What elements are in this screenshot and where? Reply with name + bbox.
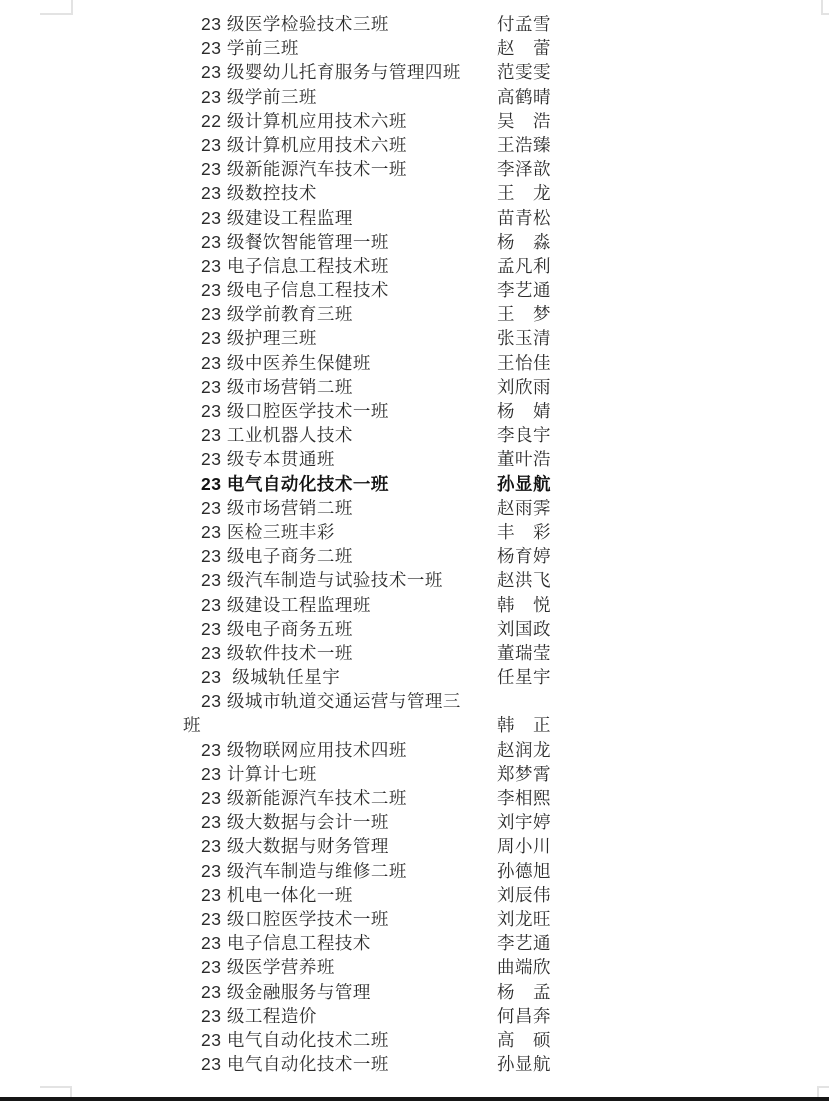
- table-row: 23 级城轨任星宇 任星宇: [183, 665, 743, 689]
- class-name-cell: 23 医检三班丰彩: [183, 520, 497, 544]
- class-name-cell: 23 级学前教育三班: [183, 302, 497, 326]
- document-page: 23 级医学检验技术三班 付孟雪 23 学前三班 赵 蕾 23 级婴幼儿托育服务…: [0, 0, 829, 1106]
- class-name-cell: 23 级物联网应用技术四班: [183, 738, 497, 762]
- class-name-cell: 23 级口腔医学技术一班: [183, 399, 497, 423]
- class-name-cell: 23 级电子商务二班: [183, 544, 497, 568]
- table-row: 班 韩 正: [183, 713, 743, 737]
- student-name-cell: 孙显航: [497, 472, 551, 496]
- table-row: 23 级大数据与财务管理 周小川: [183, 834, 743, 858]
- table-row: 23 工业机器人技术 李良宇: [183, 423, 743, 447]
- student-name-cell: 丰 彩: [497, 520, 551, 544]
- crop-mark-top-right-icon: [821, 0, 829, 15]
- class-name-cell: 23 级学前三班: [183, 85, 497, 109]
- table-row: 23 级软件技术一班 董瑞莹: [183, 641, 743, 665]
- student-name-cell: 郑梦霄: [497, 762, 551, 786]
- table-row: 23 级婴幼儿托育服务与管理四班 范雯雯: [183, 60, 743, 84]
- student-name-cell: 李泽歆: [497, 157, 551, 181]
- class-name-cell: 23 电子信息工程技术: [183, 931, 497, 955]
- table-row: 23 计算计七班 郑梦霄: [183, 762, 743, 786]
- student-name-cell: 董瑞莹: [497, 641, 551, 665]
- table-row: 23 级口腔医学技术一班 刘龙旺: [183, 907, 743, 931]
- student-name-cell: 范雯雯: [497, 60, 551, 84]
- student-name-cell: 赵雨霁: [497, 496, 551, 520]
- class-name-cell: 23 级市场营销二班: [183, 496, 497, 520]
- student-name-cell: 曲端欣: [497, 955, 551, 979]
- table-row: 23 级医学检验技术三班 付孟雪: [183, 12, 743, 36]
- student-name-cell: 刘宇婷: [497, 810, 551, 834]
- class-name-cell: 23 级大数据与财务管理: [183, 834, 497, 858]
- table-row: 23 级大数据与会计一班 刘宇婷: [183, 810, 743, 834]
- class-name-cell: 23 级新能源汽车技术二班: [183, 786, 497, 810]
- class-name-cell: 23 级口腔医学技术一班: [183, 907, 497, 931]
- table-row: 23 级汽车制造与维修二班 孙德旭: [183, 859, 743, 883]
- table-row: 23 电气自动化技术二班 高 硕: [183, 1028, 743, 1052]
- table-row: 23 级电子商务五班 刘国政: [183, 617, 743, 641]
- table-row: 23 医检三班丰彩 丰 彩: [183, 520, 743, 544]
- student-name-cell: 付孟雪: [497, 12, 551, 36]
- class-name-cell: 23 级城轨任星宇: [183, 665, 497, 689]
- class-name-cell: 23 级建设工程监理: [183, 206, 497, 230]
- student-name-cell: 周小川: [497, 834, 551, 858]
- class-name-cell: 23 级医学检验技术三班: [183, 12, 497, 36]
- student-name-cell: 高 硕: [497, 1028, 551, 1052]
- student-name-cell: 杨育婷: [497, 544, 551, 568]
- class-name-cell: 23 级护理三班: [183, 326, 497, 350]
- class-name-cell: 23 学前三班: [183, 36, 497, 60]
- student-name-cell: 高鹤晴: [497, 85, 551, 109]
- student-name-cell: 赵润龙: [497, 738, 551, 762]
- student-name-cell: 李良宇: [497, 423, 551, 447]
- table-row: 23 级金融服务与管理 杨 孟: [183, 980, 743, 1004]
- table-row: 23 级新能源汽车技术二班 李相熙: [183, 786, 743, 810]
- student-name-cell: 李相熙: [497, 786, 551, 810]
- table-row: 23 级医学营养班 曲端欣: [183, 955, 743, 979]
- table-row: 23 电气自动化技术一班 孙显航: [183, 1052, 743, 1076]
- student-name-cell: 韩 正: [497, 713, 551, 737]
- class-name-cell: 23 级新能源汽车技术一班: [183, 157, 497, 181]
- student-name-cell: 张玉清: [497, 326, 551, 350]
- class-name-cell: 23 机电一体化一班: [183, 883, 497, 907]
- student-name-cell: 杨 婧: [497, 399, 551, 423]
- student-name-cell: 孙德旭: [497, 859, 551, 883]
- class-name-cell: 23 电气自动化技术一班: [183, 472, 497, 496]
- table-row: 23 机电一体化一班 刘辰伟: [183, 883, 743, 907]
- class-name-cell: 班: [183, 713, 497, 737]
- table-row: 23 级汽车制造与试验技术一班 赵洪飞: [183, 568, 743, 592]
- table-row: 23 级新能源汽车技术一班 李泽歆: [183, 157, 743, 181]
- student-name-cell: 杨 孟: [497, 980, 551, 1004]
- student-name-cell: 韩 悦: [497, 593, 551, 617]
- class-name-cell: 23 级建设工程监理班: [183, 593, 497, 617]
- class-name-cell: 23 级餐饮智能管理一班: [183, 230, 497, 254]
- class-name-cell: 23 计算计七班: [183, 762, 497, 786]
- student-name-cell: 王 梦: [497, 302, 551, 326]
- student-name-cell: 李艺通: [497, 278, 551, 302]
- table-row: 23 级数控技术 王 龙: [183, 181, 743, 205]
- class-name-cell: 23 级电子信息工程技术: [183, 278, 497, 302]
- class-name-cell: 23 级电子商务五班: [183, 617, 497, 641]
- class-name-cell: 23 工业机器人技术: [183, 423, 497, 447]
- class-name-cell: 23 级数控技术: [183, 181, 497, 205]
- student-name-cell: 赵 蕾: [497, 36, 551, 60]
- student-name-cell: 王 龙: [497, 181, 551, 205]
- student-name-cell: 任星宇: [497, 665, 551, 689]
- window-bottom-edge: [0, 1097, 829, 1101]
- student-name-cell: 刘欣雨: [497, 375, 551, 399]
- roster-list: 23 级医学检验技术三班 付孟雪 23 学前三班 赵 蕾 23 级婴幼儿托育服务…: [183, 12, 743, 1076]
- class-name-cell: 23 电子信息工程技术班: [183, 254, 497, 278]
- class-name-cell: 23 级软件技术一班: [183, 641, 497, 665]
- table-row: 23 电子信息工程技术班 孟凡利: [183, 254, 743, 278]
- table-row: 23 级学前教育三班 王 梦: [183, 302, 743, 326]
- table-row: 23 级电子商务二班 杨育婷: [183, 544, 743, 568]
- class-name-cell: 23 级工程造价: [183, 1004, 497, 1028]
- table-row: 23 电气自动化技术一班 孙显航: [183, 472, 743, 496]
- class-name-cell: 23 级大数据与会计一班: [183, 810, 497, 834]
- student-name-cell: 刘龙旺: [497, 907, 551, 931]
- table-row: 23 级计算机应用技术六班 王浩臻: [183, 133, 743, 157]
- student-name-cell: 苗青松: [497, 206, 551, 230]
- student-name-cell: 王怡佳: [497, 351, 551, 375]
- student-name-cell: 杨 淼: [497, 230, 551, 254]
- class-name-cell: 23 级金融服务与管理: [183, 980, 497, 1004]
- class-name-cell: 23 级城市轨道交通运营与管理三: [183, 689, 497, 713]
- class-name-cell: 23 级婴幼儿托育服务与管理四班: [183, 60, 497, 84]
- class-name-cell: 23 级医学营养班: [183, 955, 497, 979]
- student-name-cell: 何昌奔: [497, 1004, 551, 1028]
- table-row: 23 电子信息工程技术 李艺通: [183, 931, 743, 955]
- class-name-cell: 23 级汽车制造与维修二班: [183, 859, 497, 883]
- student-name-cell: 吴 浩: [497, 109, 551, 133]
- table-row: 23 级中医养生保健班 王怡佳: [183, 351, 743, 375]
- table-row: 23 级口腔医学技术一班 杨 婧: [183, 399, 743, 423]
- class-name-cell: 23 级中医养生保健班: [183, 351, 497, 375]
- table-row: 23 级物联网应用技术四班 赵润龙: [183, 738, 743, 762]
- class-name-cell: 23 级专本贯通班: [183, 447, 497, 471]
- table-row: 23 级市场营销二班 赵雨霁: [183, 496, 743, 520]
- class-name-cell: 23 电气自动化技术一班: [183, 1052, 497, 1076]
- class-name-cell: 23 级汽车制造与试验技术一班: [183, 568, 497, 592]
- table-row: 23 级专本贯通班 董叶浩: [183, 447, 743, 471]
- student-name-cell: 孙显航: [497, 1052, 551, 1076]
- table-row: 23 级工程造价 何昌奔: [183, 1004, 743, 1028]
- table-row: 23 级市场营销二班 刘欣雨: [183, 375, 743, 399]
- class-name-cell: 23 级计算机应用技术六班: [183, 133, 497, 157]
- table-row: 23 级建设工程监理 苗青松: [183, 206, 743, 230]
- table-row: 23 级餐饮智能管理一班 杨 淼: [183, 230, 743, 254]
- student-name-cell: 王浩臻: [497, 133, 551, 157]
- class-name-cell: 22 级计算机应用技术六班: [183, 109, 497, 133]
- crop-mark-top-left-icon: [40, 0, 73, 15]
- table-row: 23 级城市轨道交通运营与管理三: [183, 689, 743, 713]
- table-row: 23 学前三班 赵 蕾: [183, 36, 743, 60]
- student-name-cell: 孟凡利: [497, 254, 551, 278]
- table-row: 23 级电子信息工程技术 李艺通: [183, 278, 743, 302]
- student-name-cell: 刘辰伟: [497, 883, 551, 907]
- student-name-cell: 李艺通: [497, 931, 551, 955]
- student-name-cell: 刘国政: [497, 617, 551, 641]
- table-row: 23 级护理三班 张玉清: [183, 326, 743, 350]
- table-row: 22 级计算机应用技术六班 吴 浩: [183, 109, 743, 133]
- class-name-cell: 23 电气自动化技术二班: [183, 1028, 497, 1052]
- class-name-cell: 23 级市场营销二班: [183, 375, 497, 399]
- table-row: 23 级建设工程监理班 韩 悦: [183, 593, 743, 617]
- student-name-cell: 赵洪飞: [497, 568, 551, 592]
- table-row: 23 级学前三班 高鹤晴: [183, 85, 743, 109]
- student-name-cell: 董叶浩: [497, 447, 551, 471]
